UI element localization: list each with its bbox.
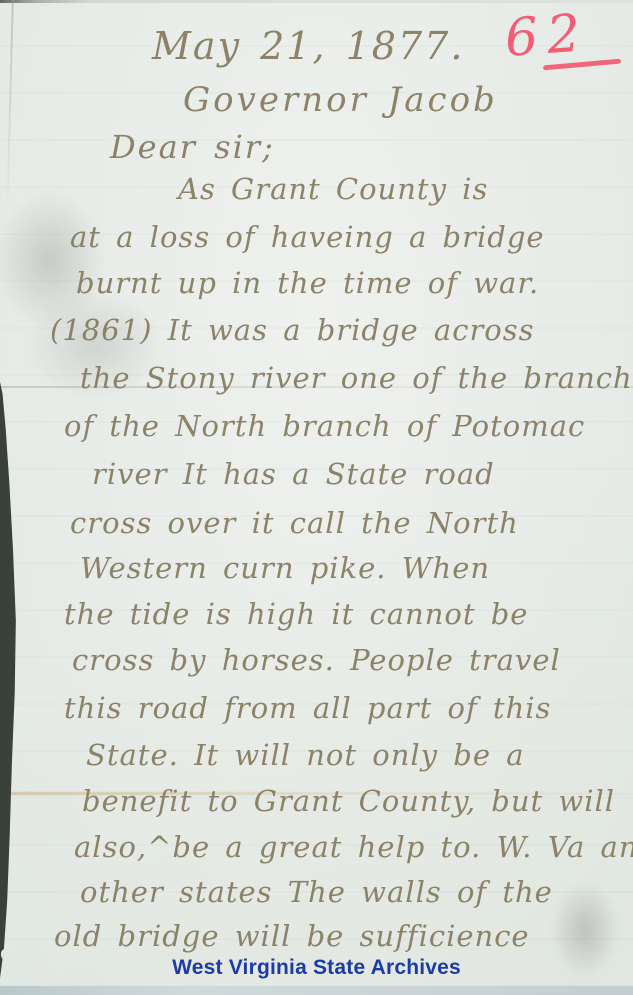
paper-top-edge [0,0,633,3]
letter-page: 62 May 21, 1877. Governor Jacob Dear sir… [0,0,633,995]
letter-body-line: at a loss of haveing a bridge [70,220,545,254]
letter-body-line: As Grant County is [178,172,488,206]
addressee-line: Governor Jacob [183,80,498,120]
archive-number: 62 [503,3,591,69]
letter-body-line: river It has a State road [92,457,495,491]
archive-caption: West Virginia State Archives [0,956,633,980]
letter-body-line: burnt up in the time of war. [76,266,539,300]
date-line: May 21, 1877. [152,24,464,68]
letter-body-line: State. It will not only be a [86,738,525,772]
letter-body-line: of the North branch of Potomac [64,409,585,443]
letter-body-line: (1861) It was a bridge across [50,313,535,347]
letter-body-line: benefit to Grant County, but will [82,784,615,818]
letter-body-line: old bridge will be sufficience [54,919,530,953]
letter-body-line: the tide is high it cannot be [64,597,528,631]
scanned-letter: 62 May 21, 1877. Governor Jacob Dear sir… [0,0,633,995]
letter-body-line: other states The walls of the [80,875,553,909]
letter-body-line: cross by horses. People travel [72,643,561,677]
letter-body-line: also,^be a great help to. W. Va and [74,830,633,864]
paper-bottom-edge [0,986,633,995]
letter-body-line: the Stony river one of the branch [80,361,633,395]
torn-edge-line [6,0,14,215]
letter-body-line: this road from all part of this [64,691,551,725]
letter-body-line: Western curn pike. When [80,551,490,585]
letter-body-line: cross over it call the North [70,506,519,540]
salutation-line: Dear sir; [110,128,275,166]
